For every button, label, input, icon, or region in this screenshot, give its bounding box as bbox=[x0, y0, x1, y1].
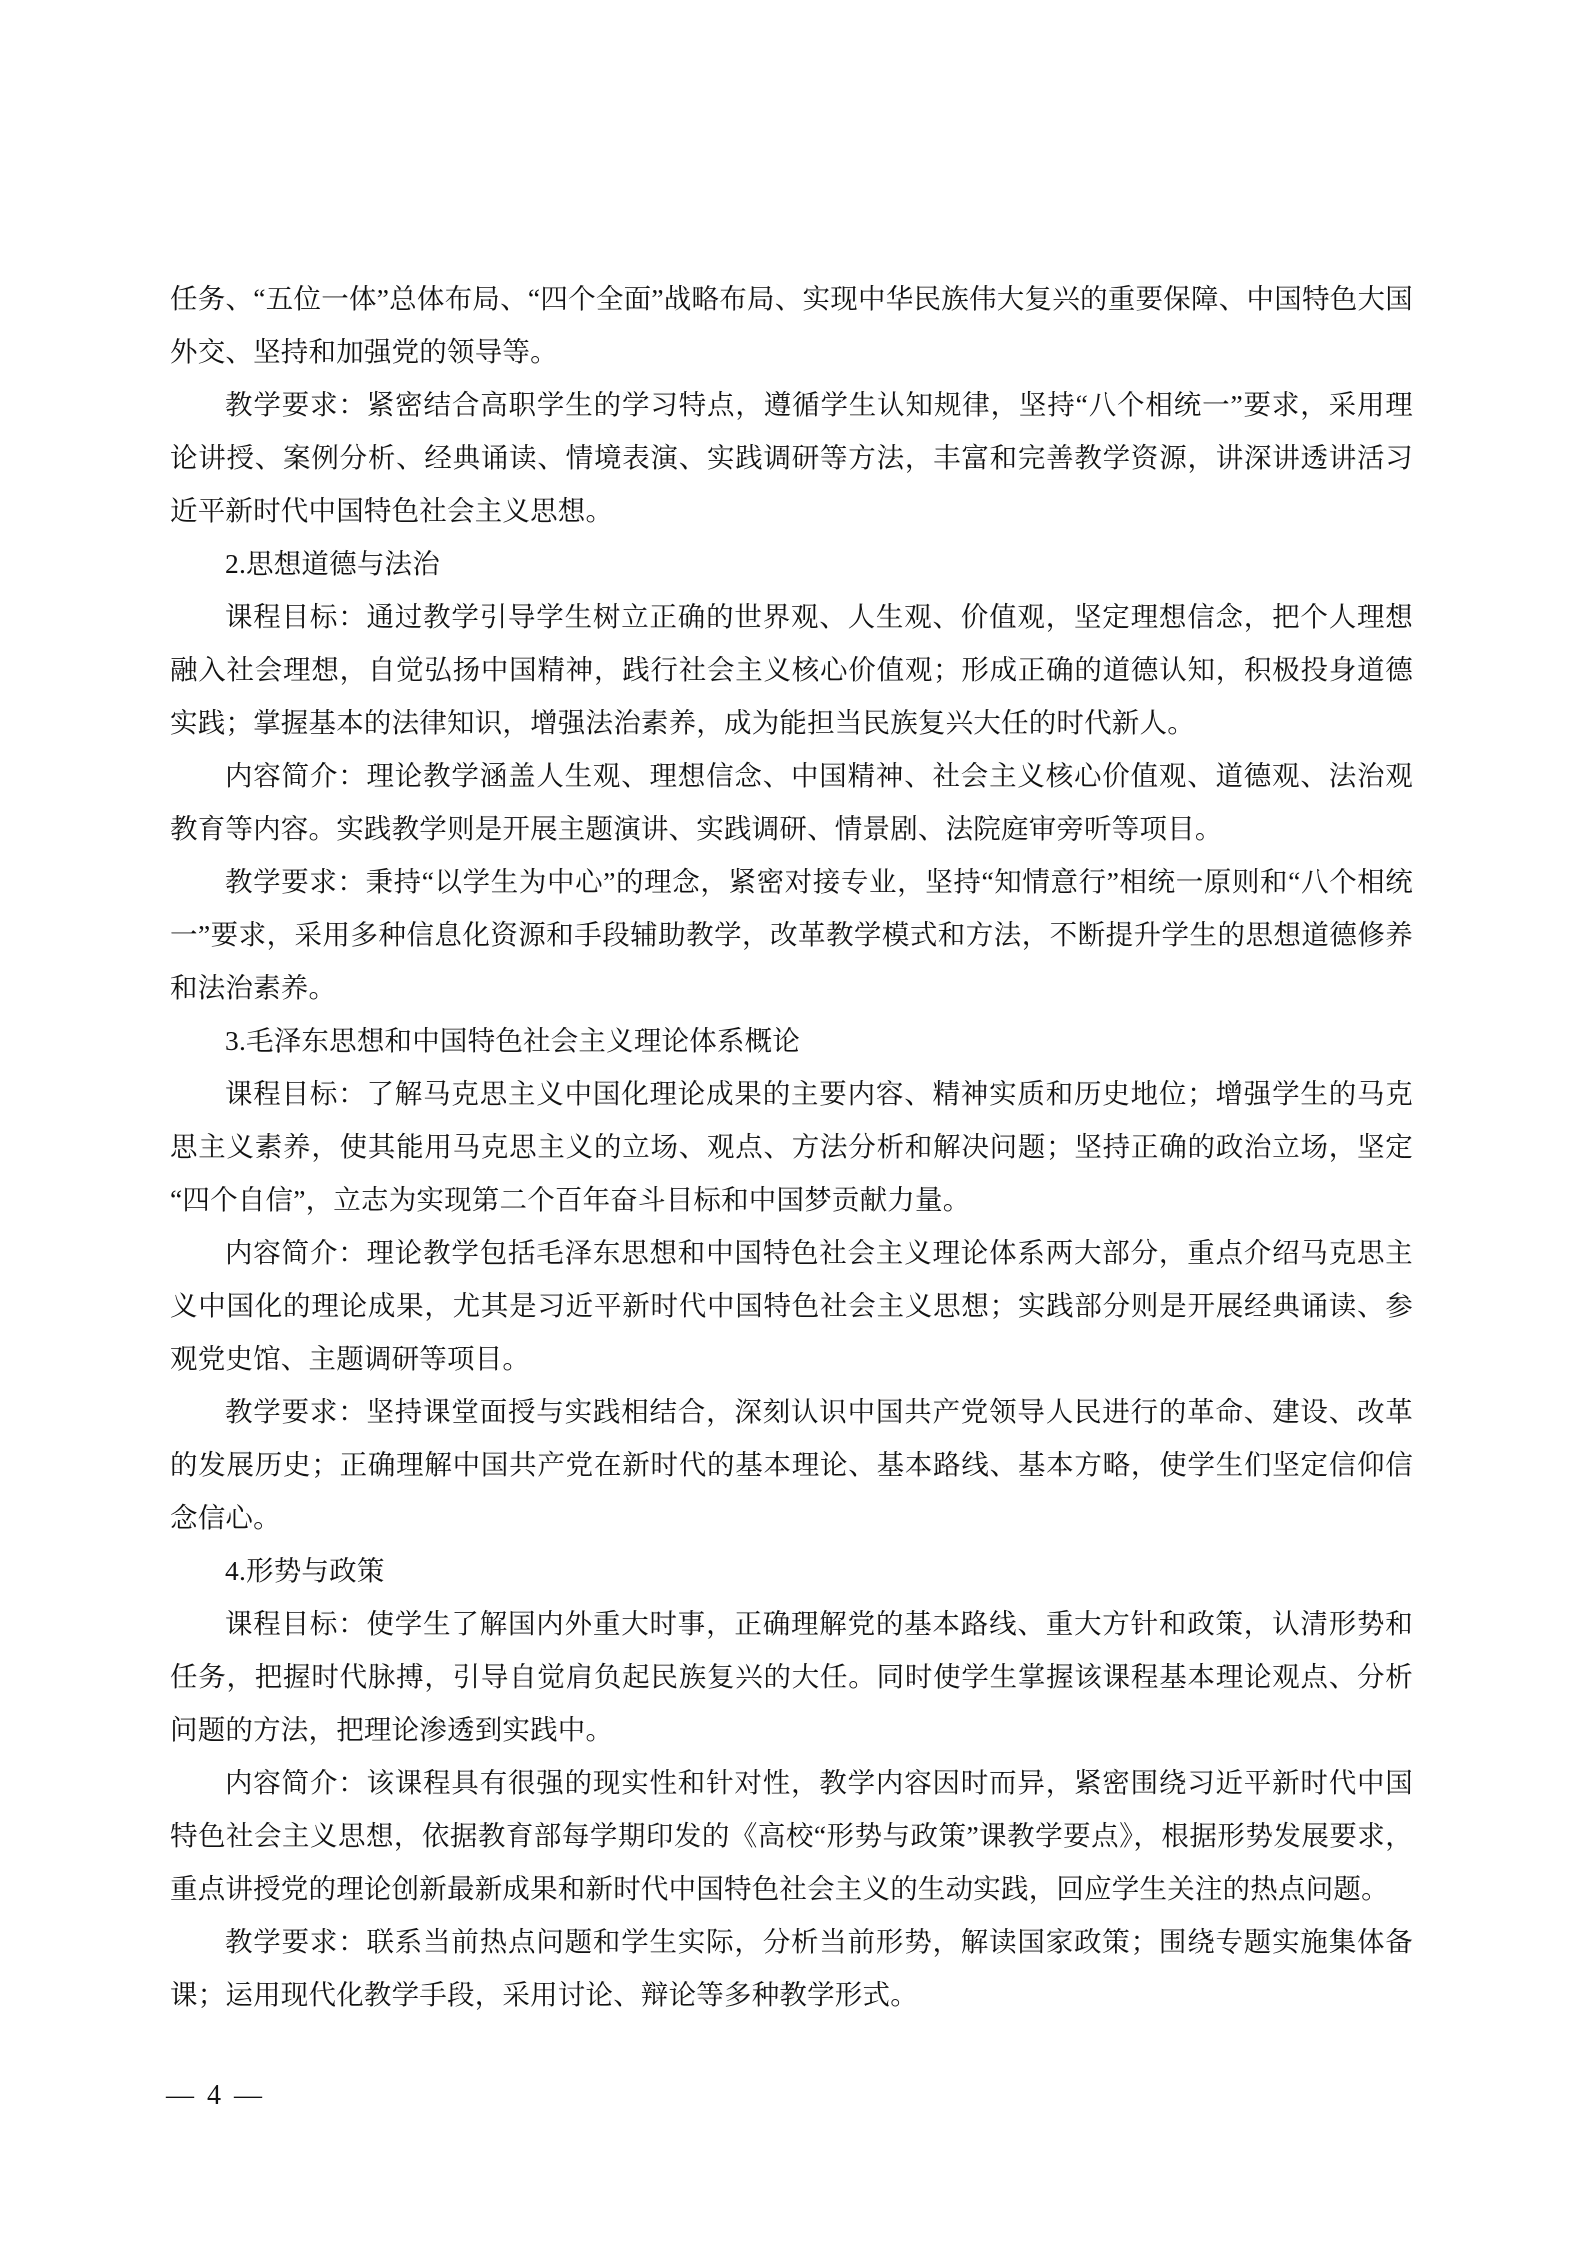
paragraph: 内容简介：理论教学包括毛泽东思想和中国特色社会主义理论体系两大部分，重点介绍马克… bbox=[170, 1226, 1413, 1385]
document-body: 任务、“五位一体”总体布局、“四个全面”战略布局、实现中华民族伟大复兴的重要保障… bbox=[170, 272, 1413, 2021]
paragraph: 教学要求：秉持“以学生为中心”的理念，紧密对接专业，坚持“知情意行”相统一原则和… bbox=[170, 855, 1413, 1014]
paragraph: 任务、“五位一体”总体布局、“四个全面”战略布局、实现中华民族伟大复兴的重要保障… bbox=[170, 272, 1413, 378]
paragraph: 课程目标：使学生了解国内外重大时事，正确理解党的基本路线、重大方针和政策，认清形… bbox=[170, 1597, 1413, 1756]
section-heading: 3.毛泽东思想和中国特色社会主义理论体系概论 bbox=[170, 1014, 1413, 1067]
page-number: — 4 — bbox=[166, 2078, 265, 2114]
paragraph: 教学要求：坚持课堂面授与实践相结合，深刻认识中国共产党领导人民进行的革命、建设、… bbox=[170, 1385, 1413, 1544]
paragraph: 课程目标：通过教学引导学生树立正确的世界观、人生观、价值观，坚定理想信念，把个人… bbox=[170, 590, 1413, 749]
paragraph: 内容简介：理论教学涵盖人生观、理想信念、中国精神、社会主义核心价值观、道德观、法… bbox=[170, 749, 1413, 855]
section-heading: 2.思想道德与法治 bbox=[170, 537, 1413, 590]
paragraph: 课程目标：了解马克思主义中国化理论成果的主要内容、精神实质和历史地位；增强学生的… bbox=[170, 1067, 1413, 1226]
paragraph: 教学要求：紧密结合高职学生的学习特点，遵循学生认知规律，坚持“八个相统一”要求，… bbox=[170, 378, 1413, 537]
paragraph: 内容简介：该课程具有很强的现实性和针对性，教学内容因时而异，紧密围绕习近平新时代… bbox=[170, 1756, 1413, 1915]
section-heading: 4.形势与政策 bbox=[170, 1544, 1413, 1597]
paragraph: 教学要求：联系当前热点问题和学生实际，分析当前形势，解读国家政策；围绕专题实施集… bbox=[170, 1915, 1413, 2021]
document-page: 任务、“五位一体”总体布局、“四个全面”战略布局、实现中华民族伟大复兴的重要保障… bbox=[0, 0, 1587, 2245]
